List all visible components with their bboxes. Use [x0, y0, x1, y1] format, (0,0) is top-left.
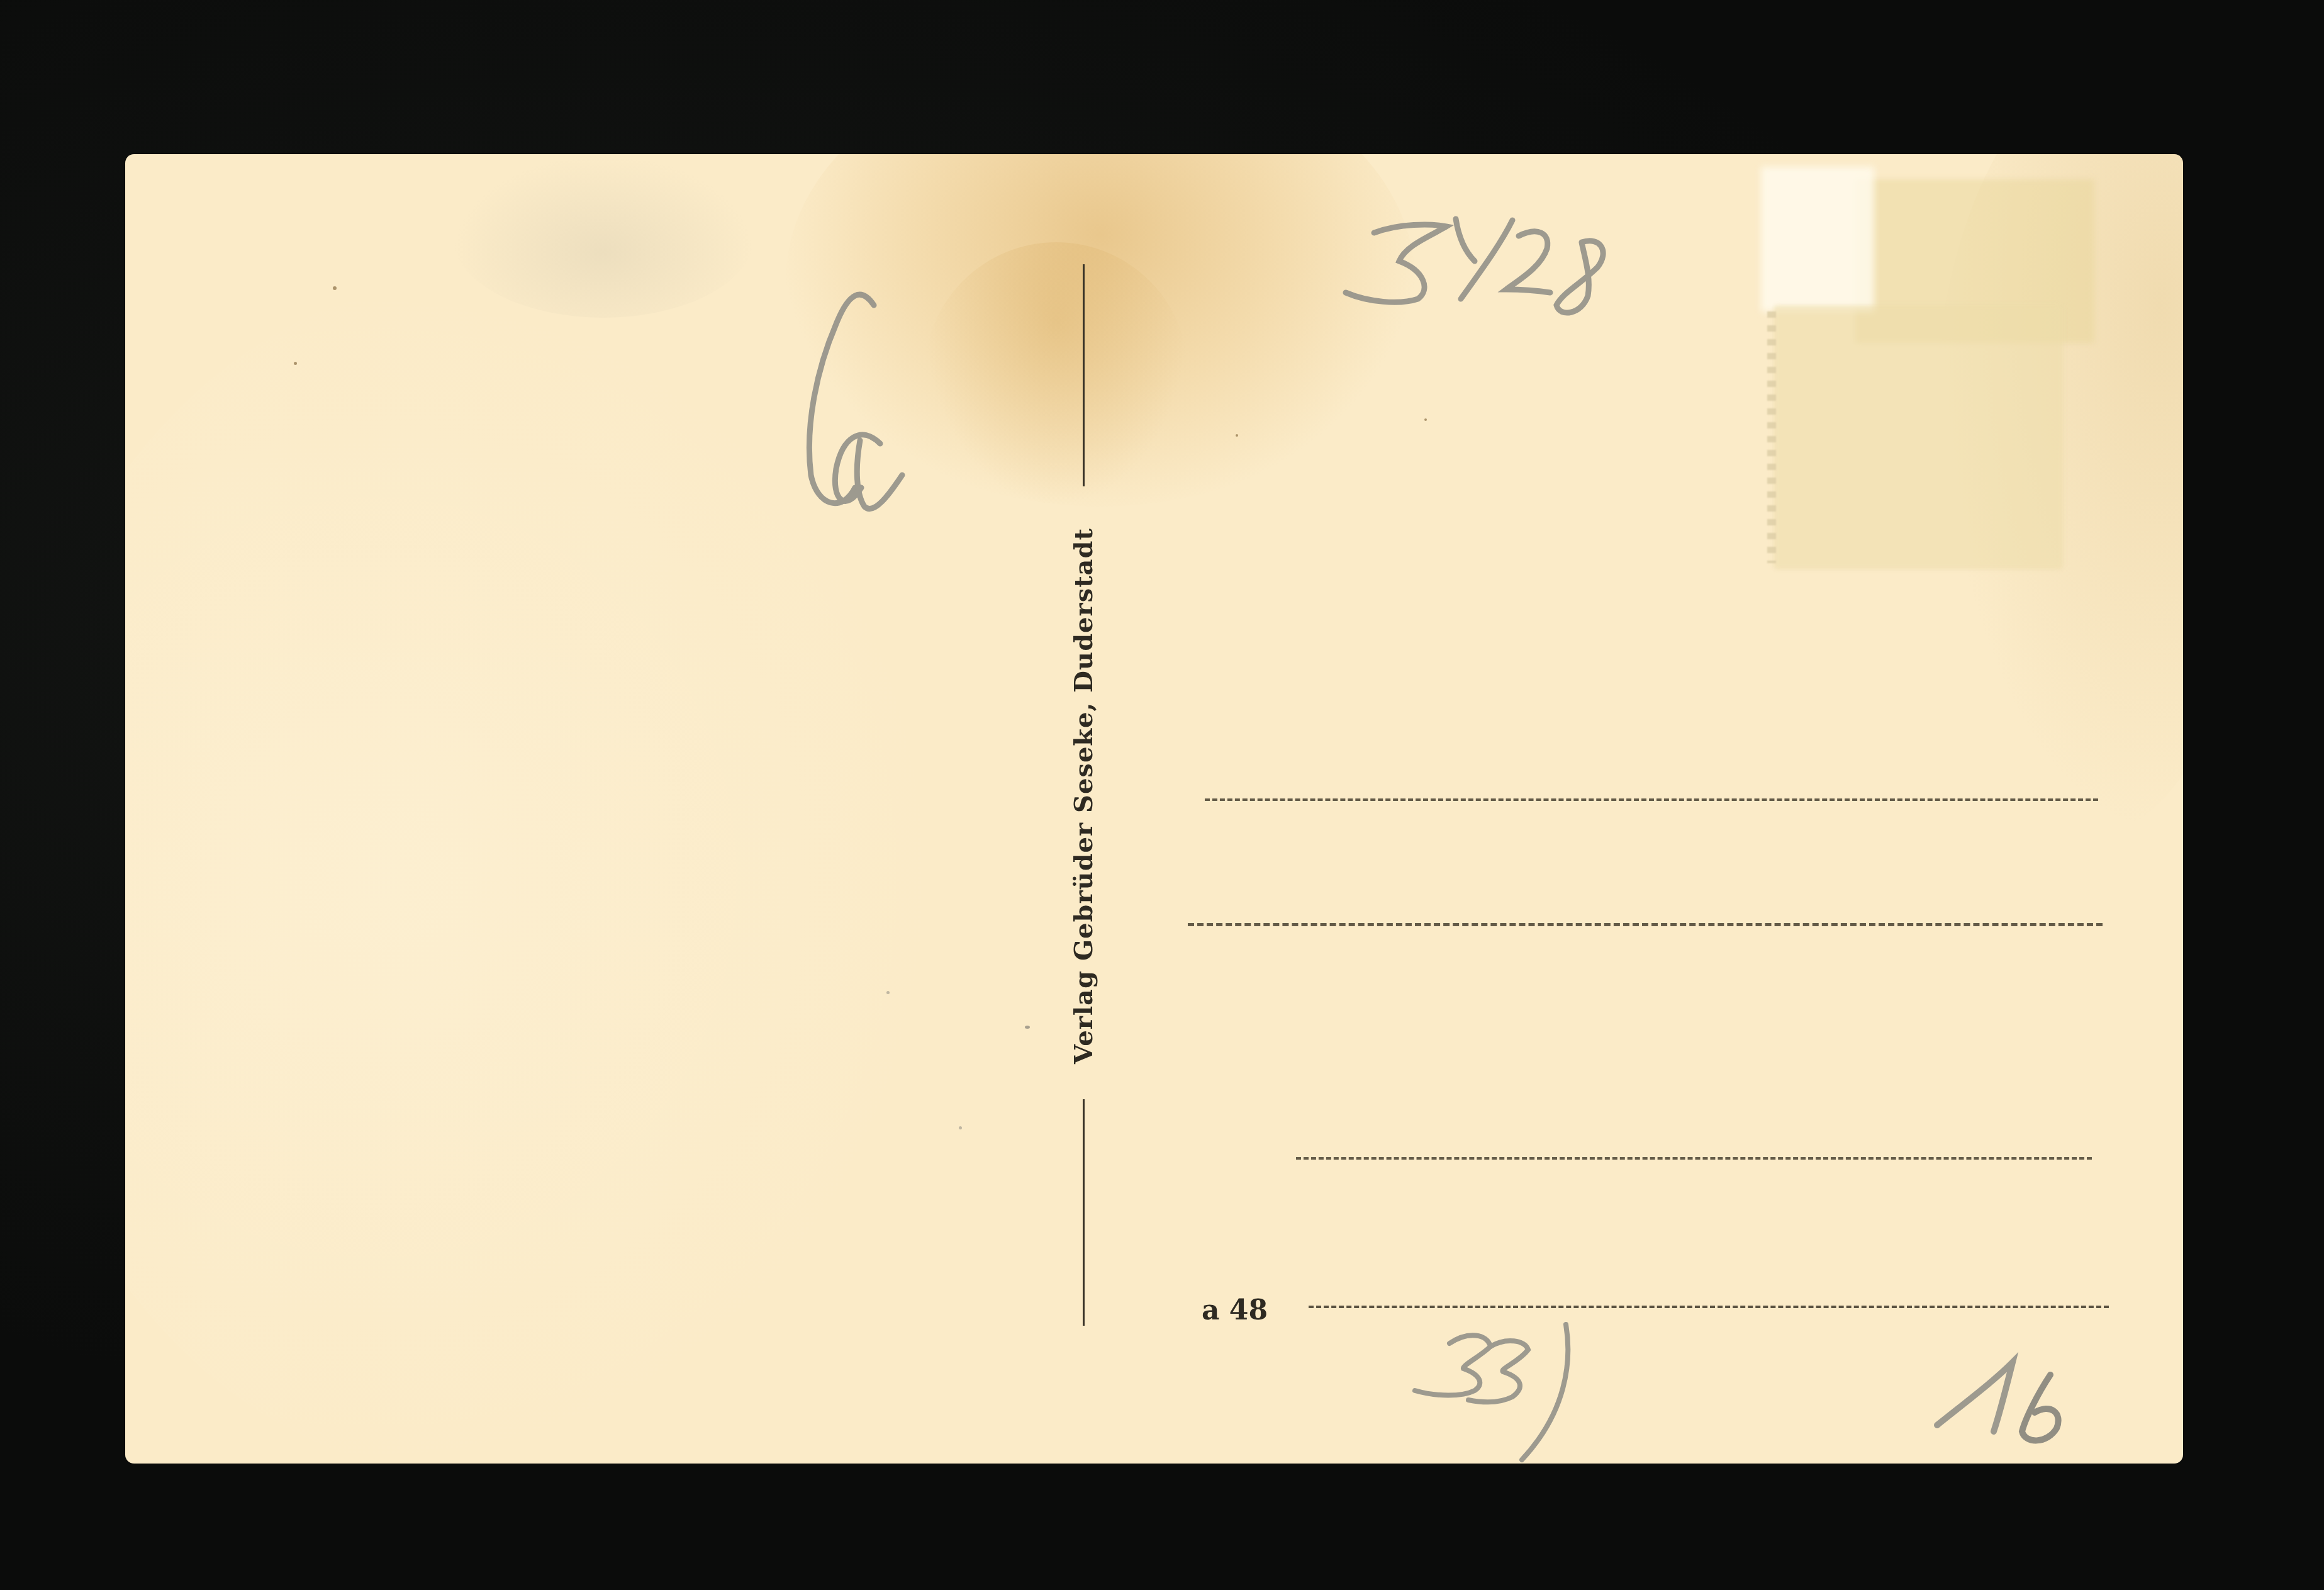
dirt-mark	[886, 991, 890, 994]
scan-background: Verlag Gebrüder Seseke, Duderstadt a 48 …	[0, 0, 2324, 1590]
dirt-mark	[959, 1126, 962, 1129]
pencil-annotation-33: 33)	[1412, 1318, 1575, 1464]
publisher-imprint: Verlag Gebrüder Seseke, Duderstadt	[1069, 528, 1098, 1064]
grey-smudge	[452, 154, 754, 318]
divider-line-bottom	[1083, 1099, 1085, 1326]
divider-line-top	[1083, 264, 1085, 486]
address-line	[1188, 923, 2103, 926]
foxing-speck	[1424, 418, 1427, 421]
foxing-speck	[333, 286, 337, 290]
water-stain-tail	[924, 242, 1188, 507]
postcard-back: Verlag Gebrüder Seseke, Duderstadt a 48 …	[125, 154, 2183, 1464]
address-line	[1309, 1306, 2109, 1308]
pencil-annotation-ga: Ga	[786, 286, 912, 522]
stamp-residue	[1761, 167, 2101, 582]
foxing-speck	[294, 362, 297, 365]
pencil-annotation-3428: 3428	[1330, 201, 1619, 323]
address-line	[1296, 1157, 2092, 1160]
catalog-number: a 48	[1202, 1294, 1268, 1326]
foxing-speck	[1236, 434, 1238, 437]
pencil-annotation-16: 16	[1931, 1350, 2069, 1453]
dirt-mark	[1025, 1026, 1030, 1029]
address-line	[1205, 798, 2098, 801]
